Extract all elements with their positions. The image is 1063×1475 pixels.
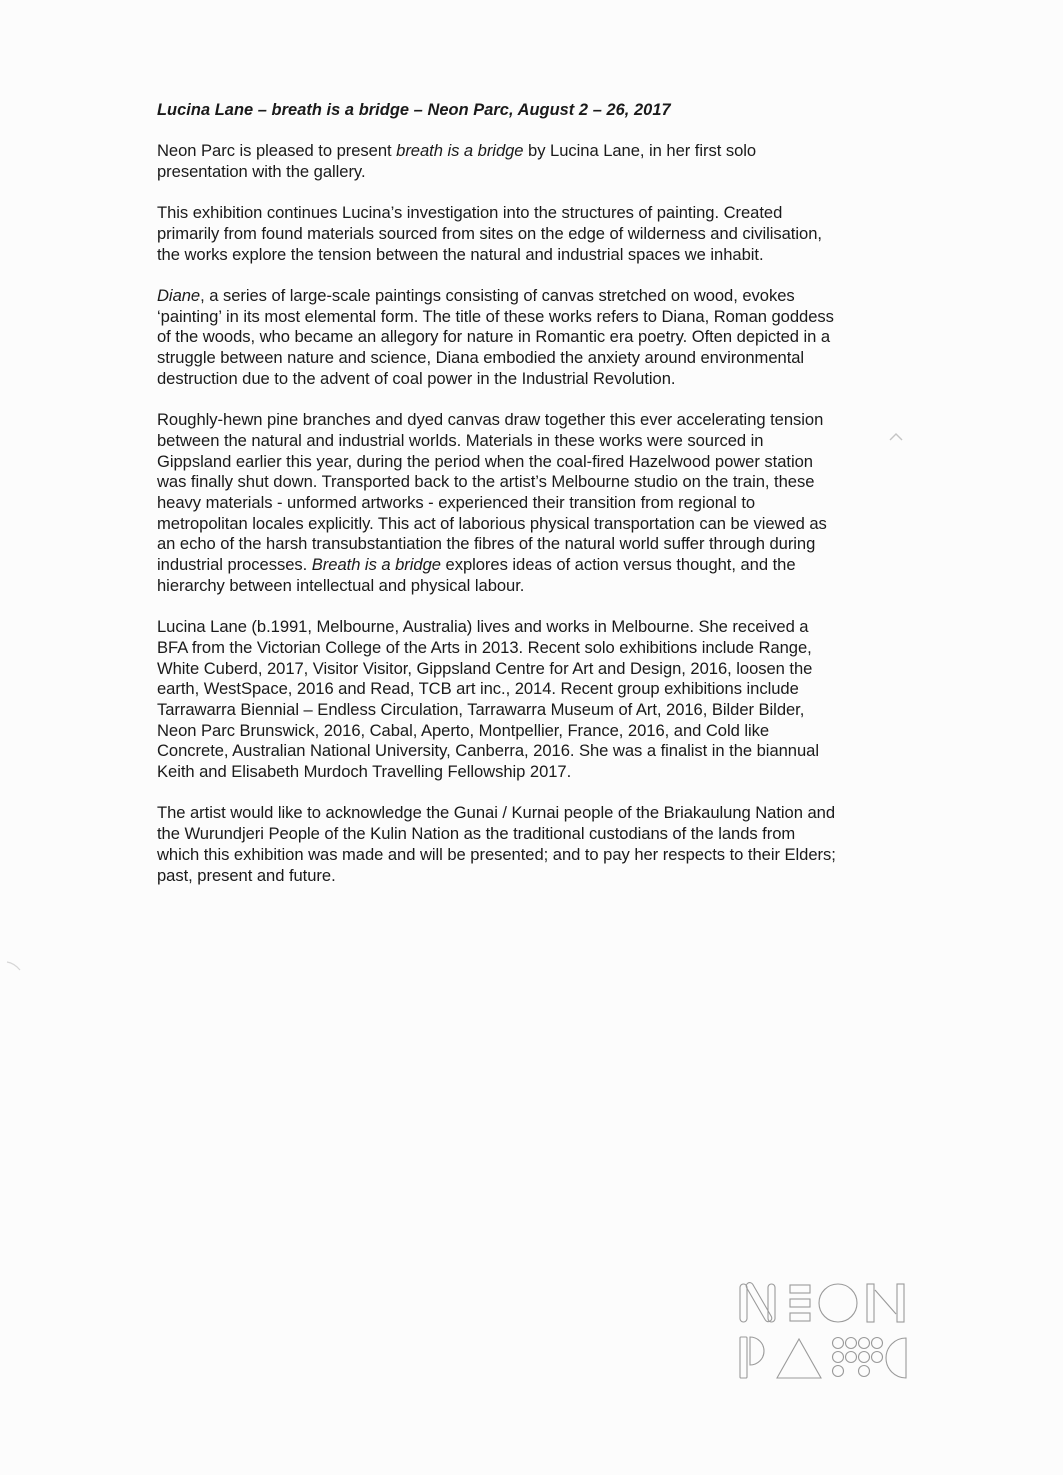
paragraph-diane: Diane, a series of large-scale paintings… (157, 286, 902, 390)
press-release-body: Lucina Lane – breath is a bridge – Neon … (157, 100, 902, 907)
neon-parc-logo (738, 1282, 910, 1384)
text-line: destruction due to the advent of coal po… (157, 369, 902, 390)
text-line: This exhibition continues Lucina’s inves… (157, 203, 902, 224)
text-line: Neon Parc Brunswick, 2016, Cabal, Aperto… (157, 721, 902, 742)
text-line: Neon Parc is pleased to present breath i… (157, 141, 902, 162)
scan-mark-stroke-icon (6, 960, 22, 972)
text-line: primarily from found materials sourced f… (157, 224, 902, 245)
text-line: Concrete, Australian National University… (157, 741, 902, 762)
text-line: Gippsland earlier this year, during the … (157, 452, 902, 473)
text-line: the works explore the tension between th… (157, 245, 902, 266)
paragraph-investigation: This exhibition continues Lucina’s inves… (157, 203, 902, 265)
text-line: metropolitan locales explicitly. This ac… (157, 514, 902, 535)
text-line: earth, WestSpace, 2016 and Read, TCB art… (157, 679, 902, 700)
text-line: The artist would like to acknowledge the… (157, 803, 902, 824)
text-line: Lucina Lane (b.1991, Melbourne, Australi… (157, 617, 902, 638)
text-line: was finally shut down. Transported back … (157, 472, 902, 493)
text-line: Keith and Elisabeth Murdoch Travelling F… (157, 762, 902, 783)
text-line: the Wurundjeri People of the Kulin Natio… (157, 824, 902, 845)
text-line: heavy materials - unformed artworks - ex… (157, 493, 902, 514)
paragraph-acknowledgement: The artist would like to acknowledge the… (157, 803, 902, 886)
text-line: which this exhibition was made and will … (157, 845, 902, 866)
paragraph-materials: Roughly-hewn pine branches and dyed canv… (157, 410, 902, 596)
text-line: hierarchy between intellectual and physi… (157, 576, 902, 597)
exhibition-title-italic: Breath is a bridge (312, 555, 441, 574)
text-line: industrial processes. Breath is a bridge… (157, 555, 902, 576)
paragraph-intro: Neon Parc is pleased to present breath i… (157, 141, 902, 182)
text-line: between the natural and industrial world… (157, 431, 902, 452)
text-line: Tarrawarra Biennial – Endless Circulatio… (157, 700, 902, 721)
paragraph-artist-bio: Lucina Lane (b.1991, Melbourne, Australi… (157, 617, 902, 783)
text-line: an echo of the harsh transubstantiation … (157, 534, 902, 555)
text-line: of the woods, who became an allegory for… (157, 327, 902, 348)
text-line: White Cuberd, 2017, Visitor Visitor, Gip… (157, 659, 902, 680)
text-line: Diane, a series of large-scale paintings… (157, 286, 902, 307)
text-line: past, present and future. (157, 866, 902, 887)
scan-mark-caret-icon (889, 432, 903, 442)
text-line: struggle between nature and science, Dia… (157, 348, 902, 369)
exhibition-title-italic: breath is a bridge (396, 141, 523, 160)
text-line: ‘painting’ in its most elemental form. T… (157, 307, 902, 328)
work-title-italic: Diane (157, 286, 200, 305)
text-line: presentation with the gallery. (157, 162, 902, 183)
text-line: BFA from the Victorian College of the Ar… (157, 638, 902, 659)
document-title: Lucina Lane – breath is a bridge – Neon … (157, 100, 902, 121)
text-line: Roughly-hewn pine branches and dyed canv… (157, 410, 902, 431)
document-page: Lucina Lane – breath is a bridge – Neon … (0, 0, 1063, 1475)
